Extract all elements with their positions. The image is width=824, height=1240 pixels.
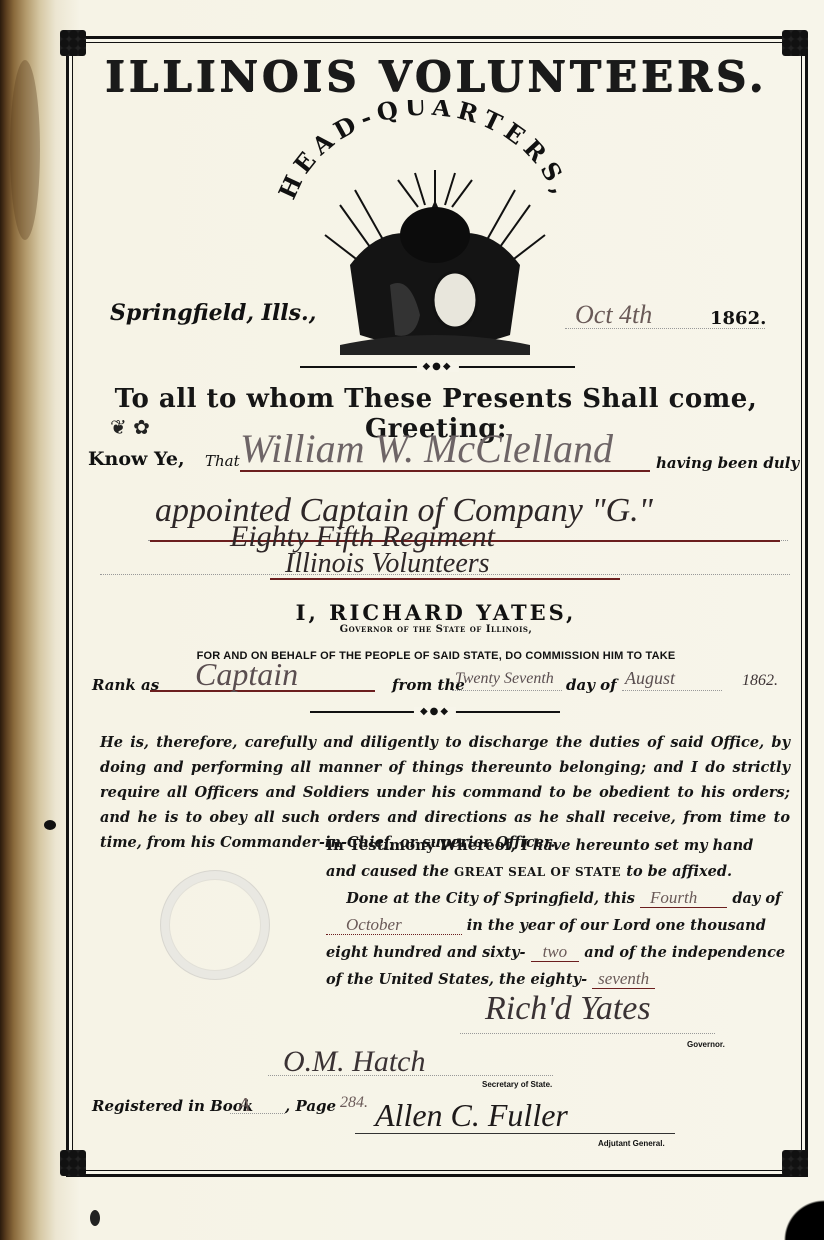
rank-value: Captain [195, 656, 298, 693]
adjutant-label: Adjutant General. [598, 1139, 665, 1148]
aging-stain [10, 60, 40, 240]
month-value: October [326, 915, 462, 935]
date-handwritten: Oct 4th [575, 300, 652, 330]
corner-ornament-bottom-right [782, 1150, 808, 1176]
from-day-value: Twenty Seventh [455, 670, 554, 688]
corner-ornament-bottom-left [60, 1150, 86, 1176]
appointee-name: William W. McClelland [240, 425, 613, 472]
registered-label: Registered in Book [92, 1097, 253, 1115]
testimony-lead: In Testimony Whereof, [326, 836, 516, 854]
done-at-text: Done at the City of Springfield, this [346, 890, 635, 907]
eagle-flags-drum-vignette-icon [320, 165, 550, 355]
from-the-label: from the [392, 676, 465, 694]
governor-signature-line [460, 1033, 715, 1034]
governor-heading: I, RICHARD YATES, [66, 600, 806, 625]
governor-subtitle: Governor of the State of Illinois, [66, 624, 806, 635]
that-label: That [205, 452, 240, 470]
from-month-value: August [625, 668, 675, 689]
secretary-label: Secretary of State. [482, 1080, 552, 1089]
commission-statement: FOR AND ON BEHALF OF THE PEOPLE OF SAID … [66, 650, 806, 662]
governor-signature: Rich'd Yates [485, 990, 651, 1028]
adjutant-signature: Allen C. Fuller [375, 1097, 568, 1134]
know-ye-label: Know Ye, [88, 448, 185, 470]
from-year-value: 1862. [742, 672, 778, 690]
flourish-ornament-icon: ❦ ✿ [110, 415, 150, 439]
page-value: 284. [340, 1094, 368, 1112]
page-label: , Page [285, 1097, 336, 1115]
testimony-block: In Testimony Whereof, I have hereunto se… [326, 832, 786, 993]
day-of-label: day of [566, 676, 617, 694]
date-year: 1862. [710, 308, 766, 329]
ink-blot [44, 820, 56, 830]
place-label: Springfield, Ills., [110, 300, 316, 326]
ornamental-divider-2: ◆●◆ [310, 711, 560, 713]
governor-label: Governor. [687, 1040, 725, 1049]
secretary-signature-line [268, 1075, 553, 1076]
from-month-line [622, 690, 722, 691]
done-day-value: Fourth [640, 888, 727, 908]
adjutant-signature-line [355, 1133, 675, 1134]
ink-mark [90, 1210, 100, 1226]
secretary-signature: O.M. Hatch [283, 1045, 425, 1079]
having-been-duly-label: having been duly [656, 454, 799, 472]
great-seal-phrase: GREAT SEAL OF STATE [454, 865, 621, 879]
book-value: A [238, 1094, 250, 1117]
document-title: ILLINOIS VOLUNTEERS. [66, 52, 806, 101]
independence-value: seventh [592, 969, 655, 989]
ornamental-divider: ◆●◆ [300, 366, 575, 368]
year-value: two [531, 942, 580, 962]
embossed-state-seal [160, 870, 270, 980]
testimony-text-2: to be affixed. [626, 863, 732, 880]
from-day-line [452, 690, 562, 691]
appointment-line-3: Illinois Volunteers [285, 548, 490, 580]
day-of-text: day of [732, 890, 781, 907]
